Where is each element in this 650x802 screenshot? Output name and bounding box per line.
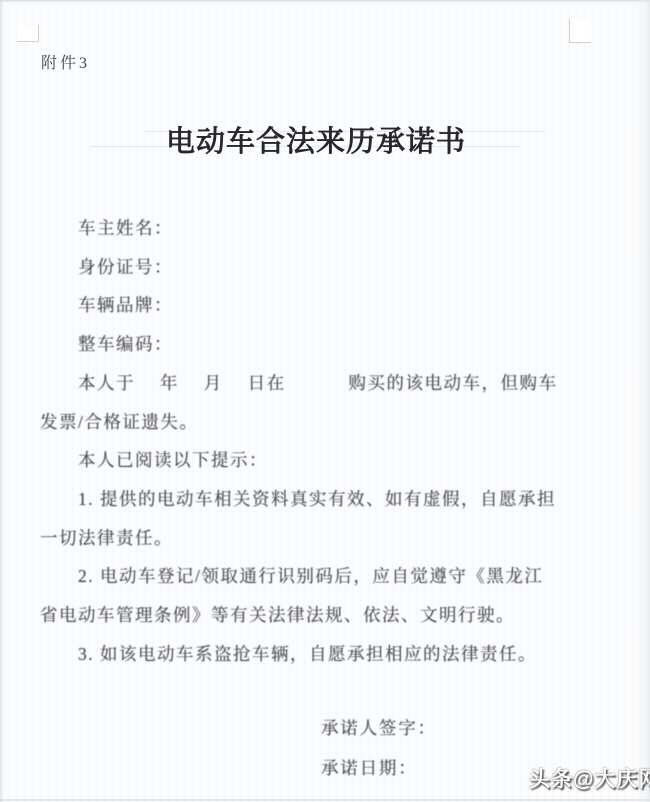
document-page: 附件3 电动车合法来历承诺书 车主姓名：身份证号：车辆品牌：整车编码：本人于 年… — [0, 0, 650, 802]
document-line: 省电动车管理条例》等有关法律法规、依法、文明行驶。 — [40, 596, 592, 635]
page-edge-right — [636, 0, 650, 802]
document-body: 车主姓名：身份证号：车辆品牌：整车编码：本人于 年 月 日在 购买的该电动车，但… — [40, 209, 592, 673]
commitment-date-label: 承诺日期： — [321, 748, 437, 788]
text-boundary-mark-top-left — [17, 25, 39, 42]
signature-block: 承诺人签字： 承诺日期： — [321, 708, 437, 788]
document-line: 1. 提供的电动车相关资料真实有效、如有虚假，自愿承担 — [40, 480, 592, 519]
signer-signature-label: 承诺人签字： — [321, 708, 437, 748]
watermark-text: 头条@大庆网 — [529, 763, 650, 793]
document-line: 整车编码： — [40, 325, 592, 364]
document-line: 一切法律责任。 — [40, 519, 592, 558]
text-boundary-mark-top-right — [569, 19, 591, 43]
page-edge-left — [0, 0, 4, 802]
attachment-label: 附件3 — [41, 50, 90, 73]
document-line: 发票/合格证遗失。 — [40, 403, 592, 442]
document-line: 车主姓名： — [40, 209, 592, 248]
document-title: 电动车合法来历承诺书 — [166, 119, 466, 160]
document-line: 2. 电动车登记/领取通行识别码后，应自觉遵守《黑龙江 — [40, 557, 592, 596]
document-line: 3. 如该电动车系盗抢车辆，自愿承担相应的法律责任。 — [40, 635, 592, 674]
document-line: 本人于 年 月 日在 购买的该电动车，但购车 — [40, 364, 592, 403]
page-edge-top — [0, 0, 650, 9]
document-line: 本人已阅读以下提示： — [40, 441, 592, 480]
document-line: 车辆品牌： — [40, 286, 592, 325]
document-line: 身份证号： — [40, 248, 592, 287]
page-edge-bottom — [0, 799, 650, 801]
